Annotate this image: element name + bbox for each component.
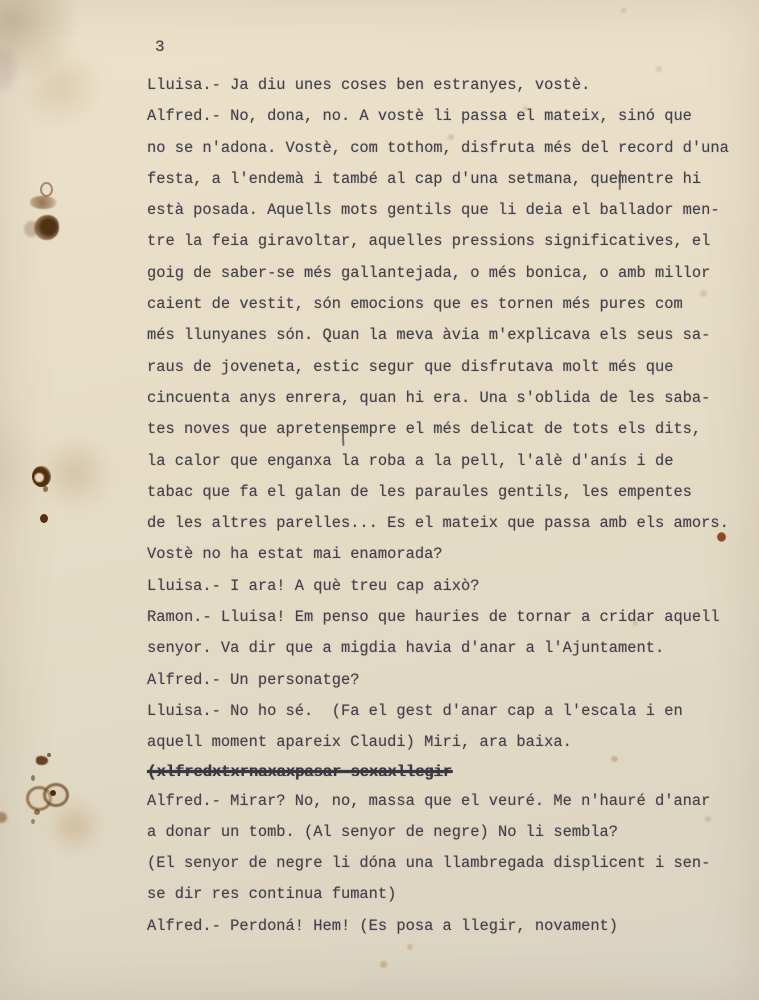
stain-dot <box>36 756 48 765</box>
typewritten-line: està posada. Aquells mots gentils que li… <box>147 195 759 226</box>
typewritten-line: cincuenta anys enrera, quan hi era. Una … <box>147 383 759 414</box>
typewritten-line: senyor. Va dir que a migdia havia d'anar… <box>147 633 759 664</box>
typewritten-line: festa, a l'endemà i també al cap d'una s… <box>147 164 759 195</box>
stain-dot <box>34 809 40 815</box>
typewritten-line: Alfred.- Mirar? No, no, massa que el veu… <box>147 786 759 817</box>
typewritten-line: aquell moment apareix Claudi) Miri, ara … <box>147 727 759 758</box>
typewritten-line: més llunyanes són. Quan la meva àvia m'e… <box>147 320 759 351</box>
stain-dot <box>31 819 35 824</box>
typewritten-line: se dir res continua fumant) <box>147 879 759 910</box>
typewritten-line: (El senyor de negre li dóna una llambreg… <box>147 848 759 879</box>
typewritten-line: Lluisa.- Ja diu unes coses ben estranyes… <box>147 70 759 101</box>
typewritten-line: Alfred.- Un personatge? <box>147 665 759 696</box>
typewritten-line: tre la feia giravoltar, aquelles pressio… <box>147 226 759 257</box>
typewritten-line: la calor que enganxa la roba a la pell, … <box>147 446 759 477</box>
typewritten-line: caient de vestit, són emocions que es to… <box>147 289 759 320</box>
stain-ring <box>40 182 53 197</box>
stain-freckle <box>621 8 626 13</box>
typewritten-line: goig de saber-se més gallantejada, o més… <box>147 258 759 289</box>
typewritten-line: Alfred.- No, dona, no. A vostè li passa … <box>147 101 759 132</box>
typewritten-line: Vostè no ha estat mai enamorada? <box>147 539 759 570</box>
stain-dot <box>50 790 56 796</box>
page-number: 3 <box>155 38 165 56</box>
typewritten-line: no se n'adona. Vostè, com tothom, disfru… <box>147 133 759 164</box>
stain-freckle <box>380 961 387 968</box>
struck-out-line: (xlfredxtxrnaxaxpasar-sexaxllegir <box>147 759 759 786</box>
typewritten-line: Ramon.- Lluisa! Em penso que hauries de … <box>147 602 759 633</box>
stain-freckle <box>407 944 413 950</box>
typewritten-line: Lluisa.- I ara! A què treu cap això? <box>147 571 759 602</box>
stain-dot <box>43 486 48 492</box>
typewritten-line: tabac que fa el galan de les paraules ge… <box>147 477 759 508</box>
manuscript-page: 3 Lluisa.- Ja diu unes coses ben estrany… <box>0 0 759 1000</box>
typewritten-line: raus de joveneta, estic segur que disfru… <box>147 352 759 383</box>
typewritten-line: de les altres parelles... Es el mateix q… <box>147 508 759 539</box>
stain-dot <box>0 812 7 823</box>
stain-dot <box>31 775 35 781</box>
stain-dot <box>47 753 51 757</box>
typewritten-text: Lluisa.- Ja diu unes coses ben estranyes… <box>147 70 759 942</box>
stain-dot <box>40 514 48 523</box>
stain-smudge <box>0 48 16 90</box>
stain-blob <box>30 196 57 209</box>
stain-blob <box>34 215 59 240</box>
typewritten-line: a donar un tomb. (Al senyor de negre) No… <box>147 817 759 848</box>
stain-smudge <box>15 45 105 130</box>
stain-halo <box>45 798 103 853</box>
stain-ring <box>32 466 51 487</box>
typewritten-line: Lluisa.- No ho sé. (Fa el gest d'anar ca… <box>147 696 759 727</box>
typewritten-line: Alfred.- Perdoná! Hem! (Es posa a llegir… <box>147 911 759 942</box>
typewritten-line: tes noves que apretensempre el més delic… <box>147 414 759 445</box>
